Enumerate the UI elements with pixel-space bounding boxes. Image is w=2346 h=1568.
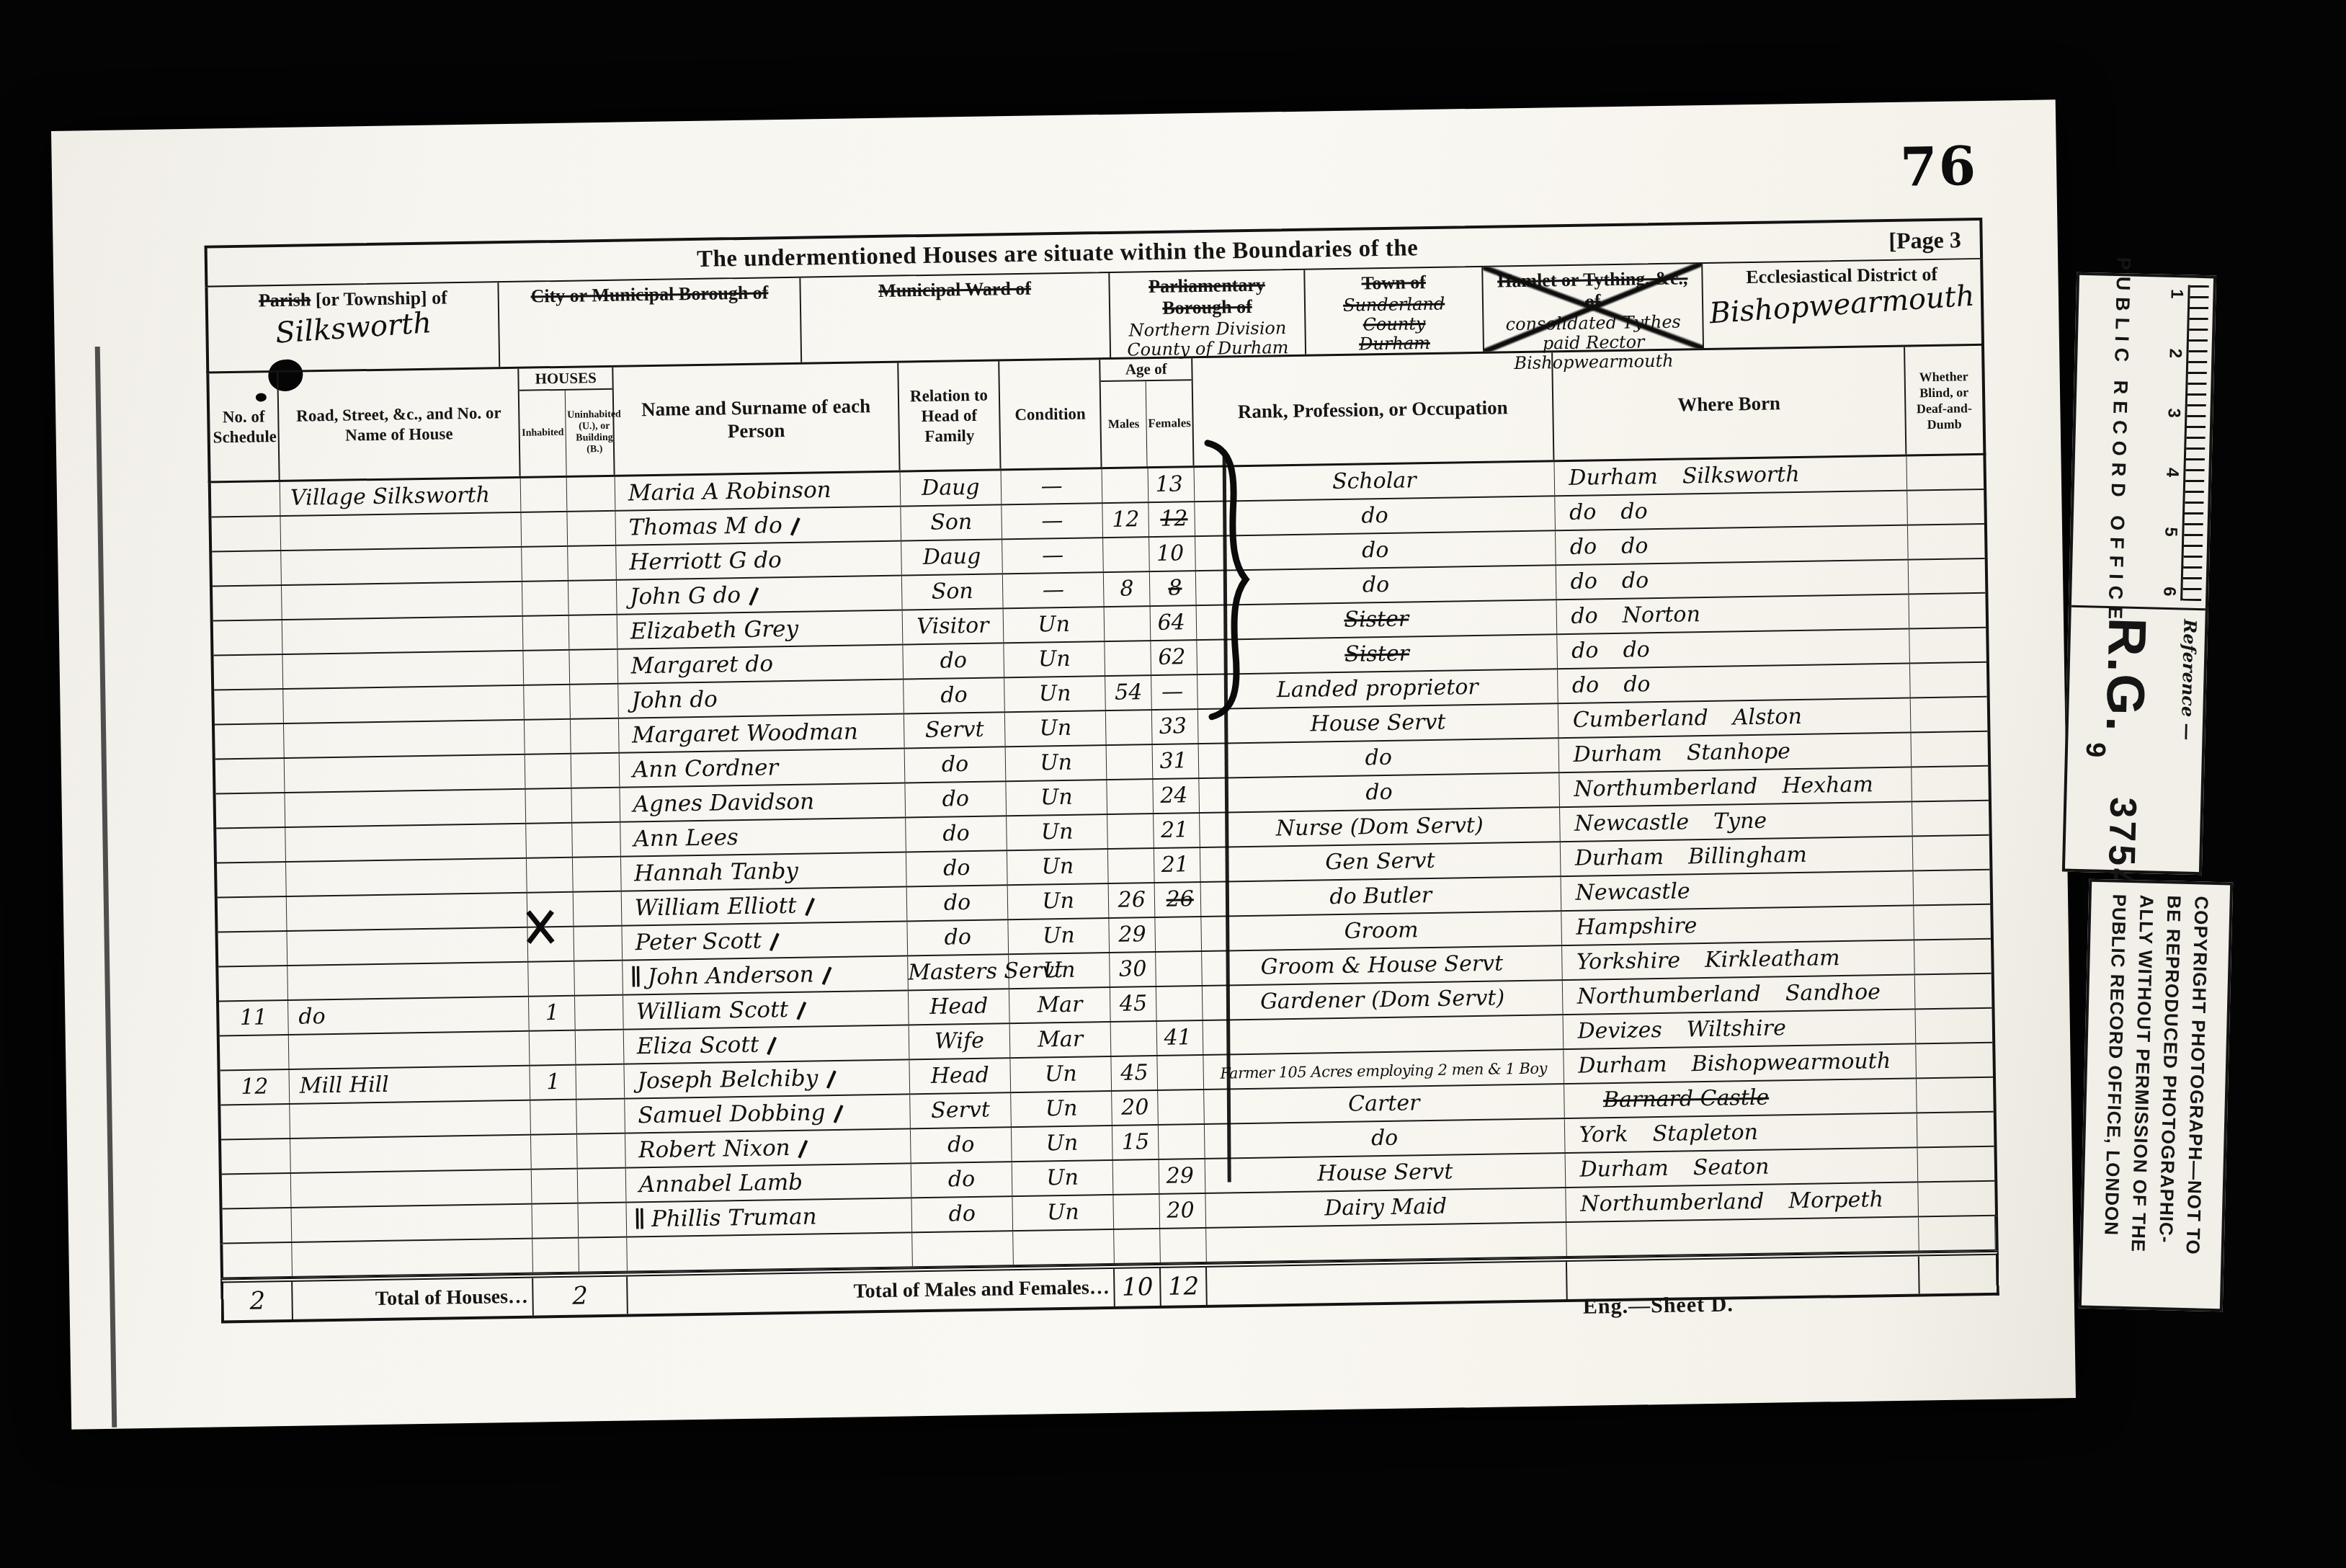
cell-schedule — [220, 1035, 290, 1070]
cell-born: dodo — [1556, 526, 1909, 565]
person-name: Peter Scott — [635, 928, 762, 956]
cell-relation: Daug — [900, 471, 1002, 505]
cell-age-male — [1113, 1160, 1160, 1194]
tick-mark — [770, 932, 780, 950]
born-county: Durham — [1579, 1152, 1669, 1187]
cell-uninhabited — [571, 719, 619, 753]
cell-age-female: 21 — [1154, 814, 1200, 847]
insertion-mark — [623, 550, 624, 576]
cell-house — [282, 617, 524, 654]
occupation-value: do — [1361, 503, 1388, 529]
cell-blind — [1918, 1147, 1994, 1182]
district-box: Municipal Ward of — [801, 273, 1111, 362]
cell-uninhabited — [568, 546, 617, 580]
cell-schedule — [212, 551, 282, 586]
age-female-value: 24 — [1160, 783, 1188, 808]
cell-occupation: Groom — [1202, 912, 1562, 950]
record-group-number: 9 — [2079, 742, 2111, 758]
cell-relation: do — [905, 747, 1007, 782]
tick-mark — [805, 897, 815, 915]
born-place: Billingham — [1688, 839, 1807, 874]
cell-name: Robert Nixon — [625, 1129, 911, 1167]
cell-condition: Un — [1004, 642, 1105, 677]
age-female-struck — [1184, 1128, 1185, 1154]
born-place: Kirkleatham — [1705, 942, 1840, 977]
occupation-value: do Butler — [1329, 883, 1432, 909]
born-place — [1714, 875, 1715, 908]
piece-number: 3754 — [2100, 797, 2145, 893]
district-entry: consolidated Tythes — [1489, 312, 1697, 335]
born-county: Durham — [1574, 841, 1664, 876]
insertion-mark — [625, 688, 626, 714]
cell-name: Thomas M do — [615, 507, 901, 545]
cell-age-male — [1103, 538, 1150, 571]
cell-blind — [1909, 628, 1986, 663]
cell-age-male — [1105, 607, 1151, 641]
cell-occupation: Gardener (Dom Servt) — [1203, 981, 1563, 1020]
ruler-number: 3 — [2163, 408, 2183, 418]
cell-condition: — — [1003, 573, 1105, 607]
age-female-value — [1177, 991, 1178, 1016]
age-female-value — [1156, 507, 1156, 532]
district-entries: Sunderland County Durham — [1311, 294, 1477, 355]
occupation-value: Gen Servt — [1325, 848, 1435, 875]
age-female-struck: 26 — [1166, 886, 1194, 912]
age-female-struck: 12 — [1160, 506, 1188, 532]
cell-name: Maria A Robinson — [615, 473, 901, 510]
cell-uninhabited — [579, 1203, 627, 1237]
age-female-value — [1164, 576, 1164, 601]
cell-age-male — [1102, 468, 1149, 502]
tick-mark — [834, 1105, 844, 1123]
age-female-struck — [1191, 713, 1192, 739]
cell-name: John G do — [617, 576, 903, 613]
cell-inhabited — [525, 685, 571, 719]
district-label: Town of — [1311, 271, 1476, 295]
insertion-mark — [629, 895, 630, 921]
person-name: Elizabeth Grey — [630, 616, 799, 645]
cell-uninhabited — [572, 788, 620, 822]
cell-age-female: 33 — [1152, 710, 1199, 744]
cell-age-female: 29 — [1159, 1159, 1206, 1193]
born-county: Devizes — [1577, 1014, 1662, 1048]
age-female-struck — [1192, 748, 1192, 773]
cell-schedule — [218, 897, 287, 932]
cell-condition: Un — [1012, 1161, 1114, 1195]
cell-condition: Un — [1004, 677, 1106, 711]
cell-condition: Un — [1008, 884, 1110, 919]
cell-condition: — — [1002, 469, 1103, 504]
cell-blind — [1918, 1182, 1994, 1216]
cell-uninhabited — [574, 892, 622, 926]
district-entry: Durham — [1312, 333, 1477, 355]
age-female-value — [1176, 922, 1177, 947]
born-place — [1721, 909, 1722, 943]
cell-born: dodo — [1556, 561, 1909, 600]
sheet-footer: Eng.—Sheet D. — [1583, 1292, 1734, 1319]
occupation-value: Nurse (Dom Servt) — [1276, 813, 1484, 842]
cell-uninhabited — [568, 581, 617, 615]
person-name: Hannah Tanby — [634, 858, 798, 887]
cell-occupation: do — [1199, 739, 1559, 778]
cell-house — [281, 548, 522, 584]
district-entry: County of Durham — [1117, 338, 1300, 360]
cell-age-male: 54 — [1105, 676, 1152, 710]
cell-inhabited — [522, 512, 568, 546]
age-female-struck — [1182, 990, 1182, 1015]
cell-name: Peter Scott — [622, 922, 908, 959]
cell-condition: Un — [1007, 815, 1108, 850]
person-name: Samuel Dobbing — [638, 1100, 826, 1128]
cell-condition: Un — [1007, 850, 1109, 884]
cell-blind — [1912, 767, 1988, 801]
cell-age-male: 26 — [1109, 883, 1156, 917]
cell-uninhabited — [569, 615, 617, 649]
cell-condition: Mar — [1009, 988, 1111, 1023]
born-place: Seaton — [1693, 1151, 1770, 1185]
born-county: Hampshire — [1576, 909, 1698, 945]
cell-blind — [1913, 836, 1989, 870]
cell-relation: Son — [902, 574, 1004, 609]
cell-schedule — [222, 1174, 292, 1208]
cell-house — [289, 1032, 530, 1069]
cell-blind — [1907, 455, 1984, 490]
cell-age-male — [1108, 849, 1155, 883]
cell-blind — [1916, 1009, 1992, 1043]
born-county: Yorkshire — [1576, 945, 1681, 979]
cell-house — [287, 963, 529, 999]
cell-blind — [1908, 525, 1984, 559]
age-female-struck — [1190, 644, 1190, 669]
district-label: Parliamentary Borough of — [1115, 274, 1298, 320]
age-female-value: 21 — [1161, 852, 1190, 878]
cell-name: Elizabeth Grey — [617, 610, 904, 648]
total-mf-label-cell: Total of Males and Females… — [628, 1269, 1115, 1314]
born-place: do — [1621, 530, 1649, 563]
cell-relation: Wife — [909, 1024, 1011, 1059]
table-body: Village Silksworth Maria A Robinson Daug… — [208, 455, 1998, 1244]
occupation-value: do — [1362, 572, 1390, 598]
cell-born: Newcastle — [1561, 871, 1914, 910]
age-female-value — [1177, 956, 1177, 981]
occupation-value: Gardener (Dom Servt) — [1260, 985, 1505, 1014]
insertion-mark — [623, 515, 623, 541]
tick-mark — [826, 1070, 836, 1088]
total-houses-label: Total of Houses… — [293, 1286, 532, 1312]
insertion-mark — [625, 619, 625, 645]
tick-mark — [798, 1139, 808, 1157]
cell-age-male: 12 — [1103, 503, 1150, 537]
ruler-number: 6 — [2159, 587, 2179, 597]
age-female-struck — [1183, 1094, 1184, 1119]
occupation-value: Groom & House Servt — [1260, 950, 1503, 979]
cell-inhabited: 1 — [530, 1066, 577, 1100]
cell-name: Annabel Lamb — [626, 1164, 912, 1201]
col-header-males: Males — [1101, 381, 1147, 467]
cell-schedule — [211, 482, 281, 517]
cell-schedule — [215, 724, 285, 759]
cell-schedule — [211, 517, 281, 551]
cell-age-female — [1156, 917, 1203, 951]
cell-relation: Visitor — [903, 609, 1004, 643]
cell-age-male — [1107, 814, 1154, 848]
col-header-blind: Whether Blind, or Deaf-and-Dumb — [1905, 346, 1983, 455]
cell-schedule: 11 — [219, 1001, 289, 1035]
insertion-mark — [628, 827, 628, 852]
cell-name: Ann Lees — [620, 818, 906, 855]
cell-blind — [1914, 905, 1990, 940]
cell-age-female: 21 — [1154, 848, 1201, 882]
person-name: Eliza Scott — [637, 1032, 759, 1060]
cell-born: YorkshireKirkleatham — [1562, 940, 1915, 979]
ruler-block: 123456 PUBLIC RECORD OFFICE — [2071, 275, 2213, 611]
person-name: John G do — [630, 582, 741, 610]
cell-schedule — [218, 966, 288, 1001]
district-box: Town of Sunderland County Durham — [1305, 267, 1484, 355]
born-place: Wiltshire — [1686, 1012, 1786, 1046]
cell-occupation: House Servt — [1205, 1154, 1566, 1193]
cell-blind — [1914, 870, 1990, 905]
district-box: City or Municipal Borough of — [499, 278, 803, 367]
cell-condition: Un — [1009, 953, 1110, 988]
district-label: Hamlet or Tything, &c., of — [1489, 267, 1696, 314]
cell-relation: do — [906, 851, 1008, 886]
cell-inhabited — [531, 1135, 578, 1169]
cell-condition: Un — [1006, 780, 1107, 815]
cell-uninhabited — [578, 1169, 626, 1203]
person-name: Annabel Lamb — [639, 1170, 803, 1198]
occupation-value: Dairy Maid — [1324, 1194, 1447, 1221]
cell-occupation: House Servt — [1198, 704, 1558, 743]
cell-blind — [1914, 940, 1991, 974]
occupation-value: Sister — [1344, 606, 1409, 632]
cell-inhabited — [529, 962, 576, 996]
insertion-mark — [631, 1033, 632, 1059]
census-table: The undermentioned Houses are situate wi… — [205, 218, 1999, 1324]
district-entries: Northern Division County of Durham — [1116, 318, 1299, 360]
cell-uninhabited — [571, 685, 619, 718]
cell-inhabited: 1 — [529, 997, 576, 1030]
cell-age-female: 10 — [1149, 537, 1196, 571]
cell-house — [282, 651, 524, 688]
occupation-value: Carter — [1348, 1090, 1420, 1117]
cell-age-male: 45 — [1110, 987, 1157, 1021]
insertion-mark — [627, 792, 628, 818]
age-female-value: 41 — [1164, 1025, 1192, 1051]
occupation-value: do — [1365, 745, 1392, 771]
cell-age-male — [1105, 641, 1152, 675]
cell-born: dodo — [1558, 664, 1911, 703]
cell-relation: Servt — [910, 1093, 1012, 1128]
age-female-value: 20 — [1167, 1198, 1195, 1224]
age-female-struck — [1198, 1163, 1199, 1188]
cell-house — [291, 1170, 532, 1207]
age-female-struck — [1187, 679, 1188, 704]
page-number: 76 — [1899, 135, 1977, 199]
cell-house — [285, 755, 526, 792]
person-name: William Elliott — [635, 893, 797, 922]
insertion-mark: ∥ — [633, 1206, 646, 1232]
x-mark — [522, 909, 558, 945]
insertion-mark — [631, 1068, 632, 1094]
born-county: Northumberland — [1580, 1185, 1765, 1221]
age-female-value — [1178, 1060, 1179, 1085]
cell-name: William Scott — [623, 991, 909, 1028]
cell-name: Hannah Tanby — [621, 852, 907, 890]
district-entries: Silksworth — [214, 309, 493, 347]
person-name: Agnes Davidson — [633, 788, 814, 817]
cell-born: YorkStapleton — [1564, 1113, 1917, 1152]
person-name: Ann Cordner — [633, 754, 779, 783]
cell-born: DurhamSilksworth — [1554, 457, 1907, 496]
total-females: 12 — [1161, 1268, 1208, 1306]
cell-schedule — [215, 759, 285, 793]
cell-blind — [1912, 801, 1989, 836]
born-place: do — [1623, 633, 1650, 667]
cell-house — [291, 1205, 532, 1242]
cell-house — [284, 721, 525, 757]
tick-mark — [790, 517, 800, 535]
age-female-value: 10 — [1156, 540, 1185, 566]
cell-inhabited — [526, 789, 573, 823]
cell-born: dodo — [1555, 491, 1908, 530]
ruler-number: 4 — [2162, 468, 2182, 478]
district-box: Hamlet or Tything, &c., of consolidated … — [1483, 264, 1704, 352]
born-county: Durham — [1578, 1048, 1667, 1083]
col-header-relation: Relation to Head of Family — [898, 361, 1002, 470]
cell-age-male — [1107, 780, 1154, 814]
cell-house — [287, 894, 528, 930]
born-county: do — [1570, 565, 1597, 599]
cell-age-male — [1107, 745, 1154, 779]
tick-mark — [796, 1002, 806, 1020]
schedule-total: 2 — [223, 1282, 293, 1321]
totals-empty-blind — [1919, 1255, 1997, 1294]
cell-inhabited — [527, 824, 574, 857]
cell-name: Samuel Dobbing — [625, 1095, 911, 1132]
cell-name: ∥John Anderson — [623, 956, 909, 994]
cell-inhabited — [523, 616, 570, 650]
insertion-mark — [633, 1172, 634, 1198]
page-label: [Page 3 — [1888, 226, 1961, 254]
cell-schedule — [216, 828, 286, 863]
cell-house: Village Silksworth — [280, 478, 522, 515]
cell-schedule — [218, 932, 288, 966]
born-place: Sandhoe — [1785, 976, 1881, 1010]
microfilm-photo: 76 The undermentioned Houses are situate… — [0, 0, 2346, 1568]
born-county: Durham — [1573, 737, 1662, 772]
cell-name: Ann Cordner — [620, 749, 906, 786]
age-female-struck — [1180, 921, 1181, 946]
cell-schedule — [217, 863, 287, 897]
cell-relation: do — [911, 1162, 1013, 1197]
cell-uninhabited — [576, 1030, 624, 1064]
cell-inhabited — [522, 582, 569, 615]
age-female-struck — [1182, 1059, 1183, 1084]
cell-occupation: Gen Servt — [1200, 842, 1561, 881]
occupation-value: do — [1371, 1126, 1399, 1151]
cell-age-female: 8 — [1150, 571, 1197, 605]
cell-age-female: 13 — [1149, 468, 1195, 502]
cell-blind — [1917, 1113, 1994, 1147]
born-county: Durham — [1569, 460, 1658, 495]
occupation-value: House Servt — [1317, 1159, 1453, 1187]
cell-age-male: 8 — [1104, 572, 1151, 606]
age-female-value — [1161, 887, 1162, 912]
cell-occupation: Groom & House Servt — [1202, 946, 1562, 985]
cell-name: ∥Phillis Truman — [626, 1198, 912, 1236]
cell-relation: do — [911, 1197, 1013, 1231]
cell-born: CumberlandAlston — [1558, 699, 1911, 738]
cell-house — [286, 859, 527, 896]
cell-age-female: 20 — [1160, 1194, 1207, 1228]
total-houses-value: 2 — [534, 1277, 628, 1316]
cell-relation: Masters Servt — [908, 955, 1009, 989]
col-header-name: Name and Surname of each Person — [613, 363, 900, 475]
born-county: Newcastle — [1575, 875, 1690, 909]
cell-age-male: 45 — [1112, 1056, 1159, 1090]
cell-name: William Elliott — [622, 887, 908, 925]
born-place: Tyne — [1713, 805, 1767, 839]
insertion-mark — [628, 861, 629, 887]
cell-house — [285, 790, 526, 827]
born-place: Stanhope — [1686, 735, 1790, 770]
cell-occupation: do — [1205, 1119, 1565, 1158]
cell-schedule — [213, 620, 283, 655]
ruler-number: 5 — [2160, 527, 2180, 537]
born-county: York — [1579, 1118, 1628, 1152]
age-female-value: 31 — [1159, 748, 1187, 774]
col-header-house: Road, Street, &c., and No. or Name of Ho… — [278, 369, 521, 480]
cell-uninhabited — [573, 823, 621, 857]
cell-name: Herriott G do — [616, 541, 902, 579]
cell-age-male — [1114, 1195, 1161, 1229]
born-county: Newcastle — [1574, 806, 1690, 840]
cell-condition: Un — [1005, 711, 1107, 746]
cell-house — [282, 582, 523, 619]
cell-condition: Un — [1012, 1126, 1113, 1161]
cell-blind — [1909, 594, 1986, 628]
col-header-inhabited: Inhabited — [519, 391, 566, 476]
cell-born: Hampshire — [1561, 906, 1914, 945]
occupation-value: Groom — [1344, 917, 1418, 944]
person-name: Robert Nixon — [638, 1135, 790, 1163]
cell-born: NorthumberlandSandhoe — [1562, 975, 1915, 1014]
col-header-age-group: Age of Males Females — [1101, 358, 1195, 467]
born-place: do — [1620, 495, 1648, 529]
cell-name: John do — [618, 680, 904, 717]
record-group: R.G. — [2095, 617, 2159, 734]
person-name: Maria A Robinson — [628, 477, 831, 506]
col-header-females: Females — [1146, 380, 1192, 466]
cell-age-female: 64 — [1151, 606, 1197, 640]
total-mf-label: Total of Males and Females… — [628, 1276, 1114, 1307]
born-county: do — [1571, 634, 1599, 668]
cell-blind — [1909, 559, 1985, 594]
cell-condition: Mar — [1010, 1023, 1112, 1057]
cell-condition: Un — [1013, 1195, 1115, 1230]
cell-born: NorthumberlandHexham — [1559, 768, 1912, 807]
cell-born: NewcastleTyne — [1560, 803, 1913, 842]
col-header-houses: HOUSES — [519, 367, 612, 391]
cell-relation: Daug — [901, 540, 1003, 574]
cell-occupation — [1203, 1015, 1564, 1054]
cell-inhabited — [532, 1170, 579, 1203]
cell-born: DurhamSeaton — [1565, 1148, 1918, 1187]
born-county: do — [1569, 496, 1597, 530]
cell-relation: do — [911, 1128, 1012, 1162]
cell-schedule: 12 — [220, 1070, 290, 1105]
